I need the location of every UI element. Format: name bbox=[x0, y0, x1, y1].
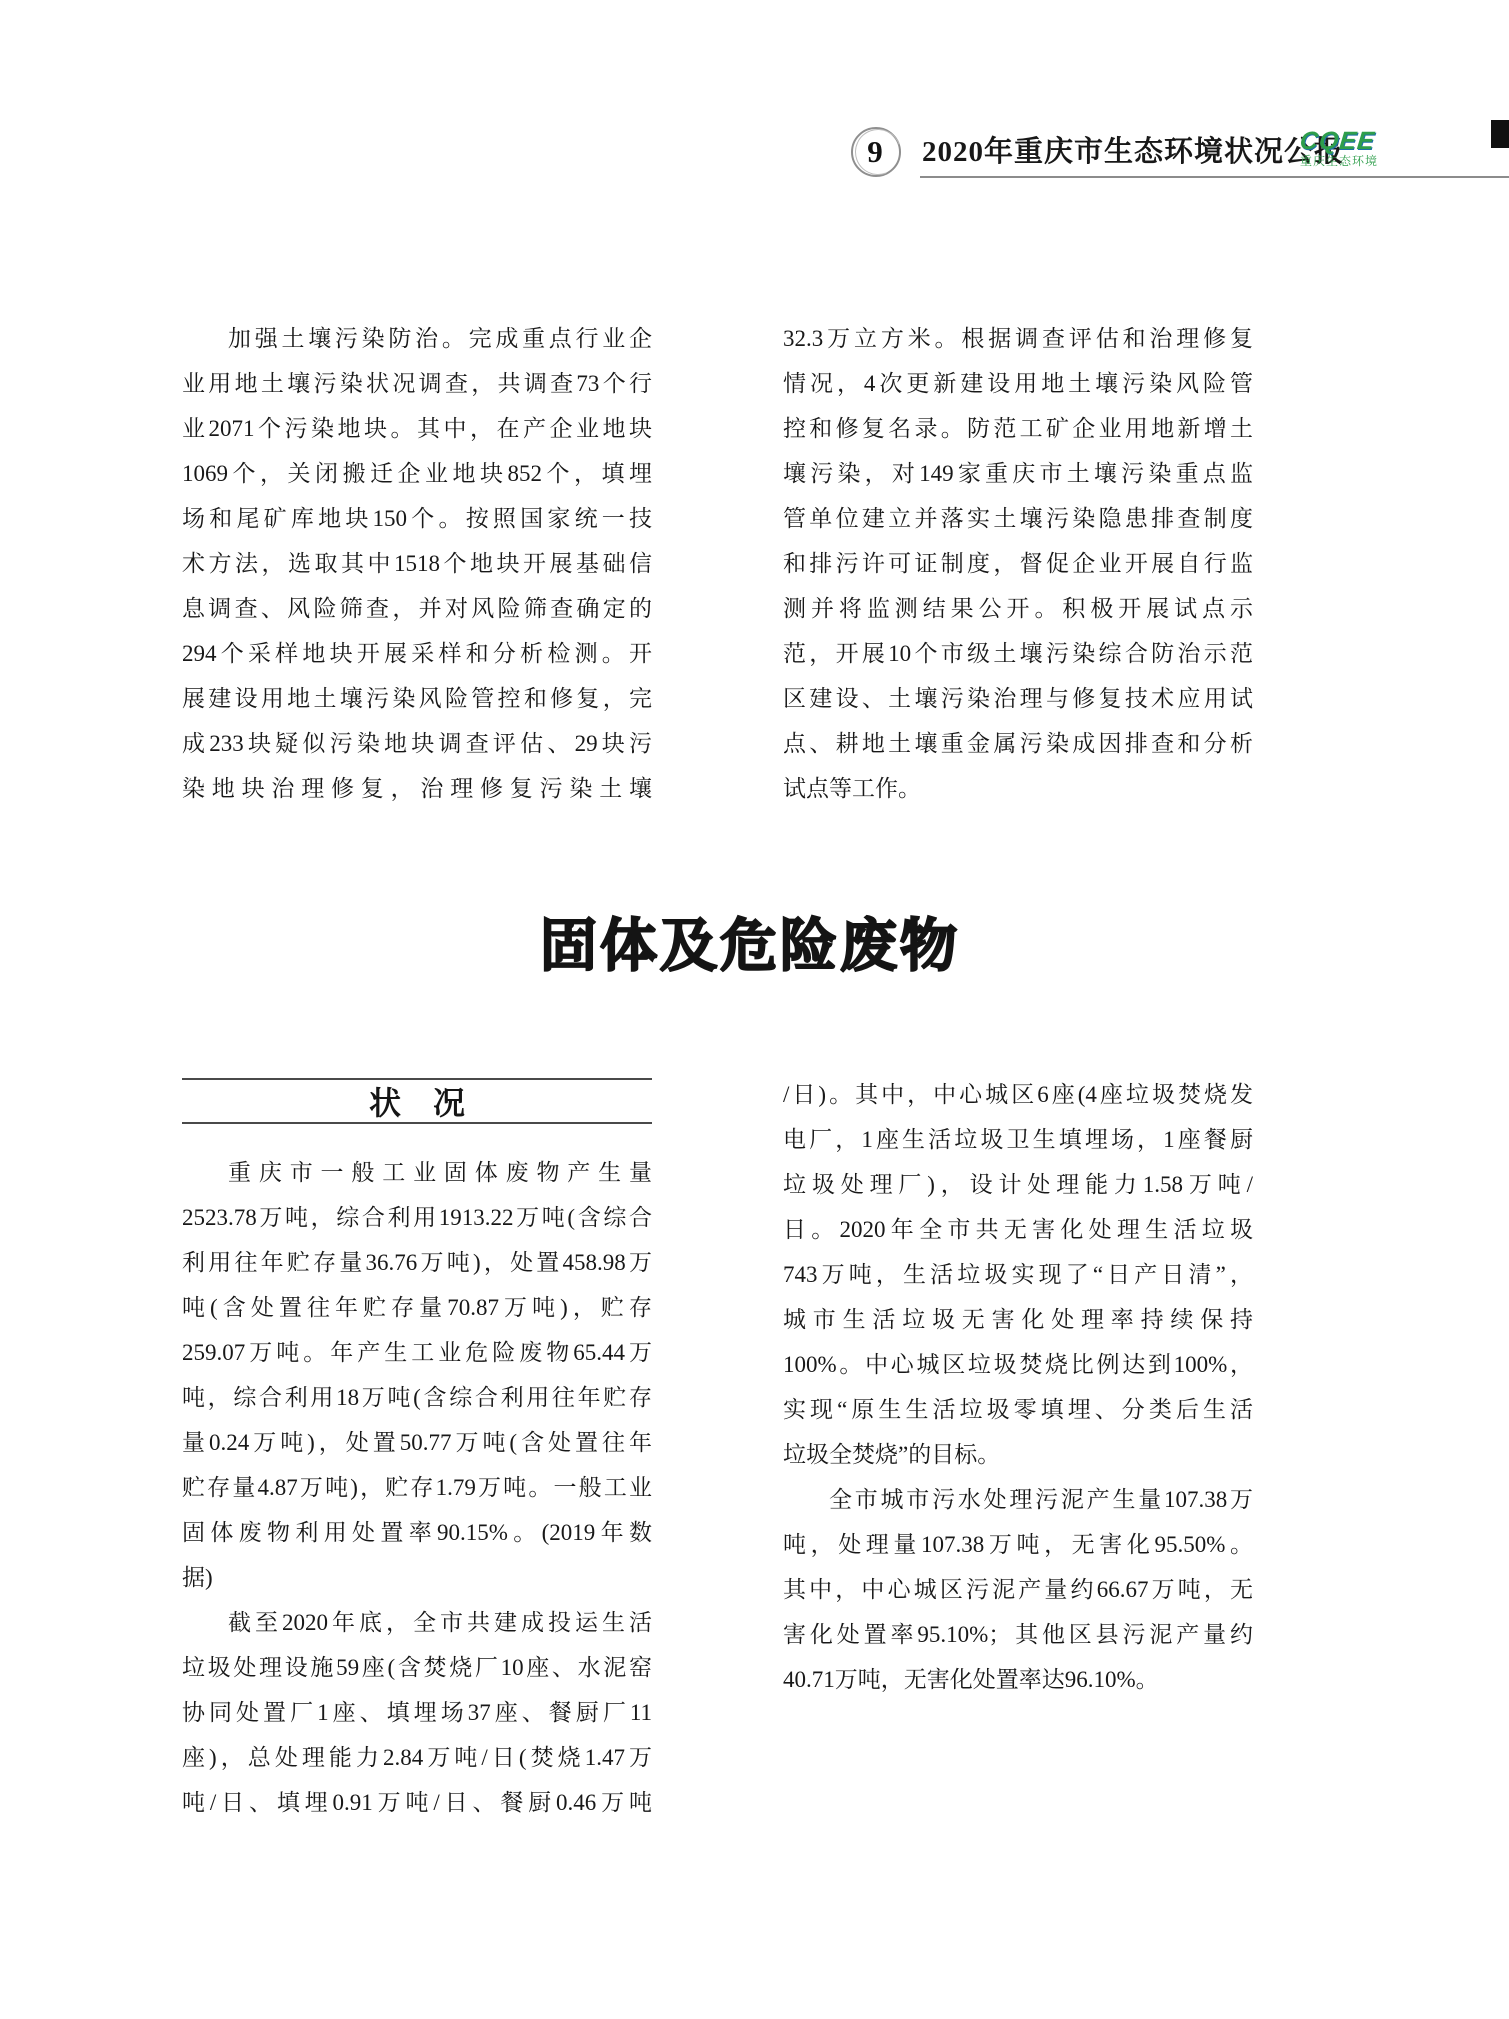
text-line: 座)，总处理能力2.84万吨/日(焚烧1.47万 bbox=[182, 1735, 652, 1780]
text-line: 区建设、土壤污染治理与修复技术应用试 bbox=[783, 676, 1253, 721]
text-line: 贮存量4.87万吨)，贮存1.79万吨。一般工业 bbox=[182, 1465, 652, 1510]
text-line: 管单位建立并落实土壤污染隐患排查制度 bbox=[783, 496, 1253, 541]
status-heading-box: 状 况 bbox=[182, 1078, 652, 1124]
text-line: 40.71万吨，无害化处置率达96.10%。 bbox=[783, 1657, 1253, 1702]
text-line: 场和尾矿库地块150个。按照国家统一技 bbox=[182, 496, 652, 541]
text-line: 业用地土壤污染状况调查，共调查73个行 bbox=[182, 361, 652, 406]
text-line: 量0.24万吨)，处置50.77万吨(含处置往年 bbox=[182, 1420, 652, 1465]
text-line: 害化处置率95.10%；其他区县污泥产量约 bbox=[783, 1612, 1253, 1657]
cqee-logo-text: CQEE bbox=[1299, 128, 1380, 154]
intro-right-column: 32.3万立方米。根据调查评估和治理修复情况，4次更新建设用地土壤污染风险管控和… bbox=[783, 316, 1253, 811]
text-line: 术方法，选取其中1518个地块开展基础信 bbox=[182, 541, 652, 586]
text-line: 截至2020年底，全市共建成投运生活 bbox=[182, 1600, 652, 1645]
status-heading: 状 况 bbox=[357, 1078, 477, 1124]
text-line: 协同处置厂1座、填埋场37座、餐厨厂11 bbox=[182, 1690, 652, 1735]
status-right-column: /日)。其中，中心城区6座(4座垃圾焚烧发电厂，1座生活垃圾卫生填埋场，1座餐厨… bbox=[783, 1072, 1253, 1702]
text-line: 100%。中心城区垃圾焚烧比例达到100%， bbox=[783, 1342, 1253, 1387]
text-line: 吨/日、填埋0.91万吨/日、餐厨0.46万吨 bbox=[182, 1780, 652, 1825]
text-line: 垃圾处理设施59座(含焚烧厂10座、水泥窑 bbox=[182, 1645, 652, 1690]
text-line: 实现“原生生活垃圾零填埋、分类后生活 bbox=[783, 1387, 1253, 1432]
text-line: 成233块疑似污染地块调查评估、29块污 bbox=[182, 721, 652, 766]
text-line: 垃圾处理厂)，设计处理能力1.58万吨/ bbox=[783, 1162, 1253, 1207]
text-line: 业2071个污染地块。其中，在产企业地块 bbox=[182, 406, 652, 451]
text-line: 743万吨，生活垃圾实现了“日产日清”， bbox=[783, 1252, 1253, 1297]
page-number-badge: 9 bbox=[851, 127, 901, 177]
text-line: 32.3万立方米。根据调查评估和治理修复 bbox=[783, 316, 1253, 361]
text-line: 染地块治理修复，治理修复污染土壤 bbox=[182, 766, 652, 811]
text-line: 日。2020年全市共无害化处理生活垃圾 bbox=[783, 1207, 1253, 1252]
text-line: 情况，4次更新建设用地土壤污染风险管 bbox=[783, 361, 1253, 406]
intro-left-column: 加强土壤污染防治。完成重点行业企业用地土壤污染状况调查，共调查73个行业2071… bbox=[182, 316, 652, 811]
header-rule bbox=[920, 176, 1509, 178]
status-left-column: 重庆市一般工业固体废物产生量2523.78万吨，综合利用1913.22万吨(含综… bbox=[182, 1150, 652, 1825]
text-line: 电厂，1座生活垃圾卫生填埋场，1座餐厨 bbox=[783, 1117, 1253, 1162]
text-line: 和排污许可证制度，督促企业开展自行监 bbox=[783, 541, 1253, 586]
page-number: 9 bbox=[851, 127, 899, 177]
text-line: 294个采样地块开展采样和分析检测。开 bbox=[182, 631, 652, 676]
text-line: 展建设用地土壤污染风险管控和修复，完 bbox=[182, 676, 652, 721]
text-line: 吨，综合利用18万吨(含综合利用往年贮存 bbox=[182, 1375, 652, 1420]
text-line: 利用往年贮存量36.76万吨)，处置458.98万 bbox=[182, 1240, 652, 1285]
text-line: /日)。其中，中心城区6座(4座垃圾焚烧发 bbox=[783, 1072, 1253, 1117]
text-line: 试点等工作。 bbox=[783, 766, 1253, 811]
text-line: 垃圾全焚烧”的目标。 bbox=[783, 1432, 1253, 1477]
text-line: 吨，处理量107.38万吨，无害化95.50%。 bbox=[783, 1522, 1253, 1567]
text-line: 据) bbox=[182, 1555, 652, 1600]
text-line: 2523.78万吨，综合利用1913.22万吨(含综合 bbox=[182, 1195, 652, 1240]
section-heading: 固体及危险废物 bbox=[182, 914, 1318, 980]
text-line: 加强土壤污染防治。完成重点行业企 bbox=[182, 316, 652, 361]
text-line: 固体废物利用处置率90.15%。(2019年数 bbox=[182, 1510, 652, 1555]
text-line: 范，开展10个市级土壤污染综合防治示范 bbox=[783, 631, 1253, 676]
page-edge-mark bbox=[1491, 120, 1509, 148]
text-line: 点、耕地土壤重金属污染成因排查和分析 bbox=[783, 721, 1253, 766]
report-title: 2020年重庆市生态环境状况公报 bbox=[922, 129, 1344, 170]
text-line: 壤污染，对149家重庆市土壤污染重点监 bbox=[783, 451, 1253, 496]
text-line: 1069个，关闭搬迁企业地块852个，填埋 bbox=[182, 451, 652, 496]
text-line: 重庆市一般工业固体废物产生量 bbox=[182, 1150, 652, 1195]
text-line: 全市城市污水处理污泥产生量107.38万 bbox=[783, 1477, 1253, 1522]
text-line: 259.07万吨。年产生工业危险废物65.44万 bbox=[182, 1330, 652, 1375]
text-line: 其中，中心城区污泥产量约66.67万吨，无 bbox=[783, 1567, 1253, 1612]
text-line: 城市生活垃圾无害化处理率持续保持 bbox=[783, 1297, 1253, 1342]
text-line: 控和修复名录。防范工矿企业用地新增土 bbox=[783, 406, 1253, 451]
text-line: 吨(含处置往年贮存量70.87万吨)，贮存 bbox=[182, 1285, 652, 1330]
cqee-logo: CQEE 重庆生态环境 bbox=[1300, 128, 1378, 169]
cqee-logo-subtext: 重庆生态环境 bbox=[1300, 154, 1378, 169]
document-page: { "header": { "page_number": "9", "title… bbox=[0, 0, 1509, 2019]
text-line: 息调查、风险筛查，并对风险筛查确定的 bbox=[182, 586, 652, 631]
text-line: 测并将监测结果公开。积极开展试点示 bbox=[783, 586, 1253, 631]
